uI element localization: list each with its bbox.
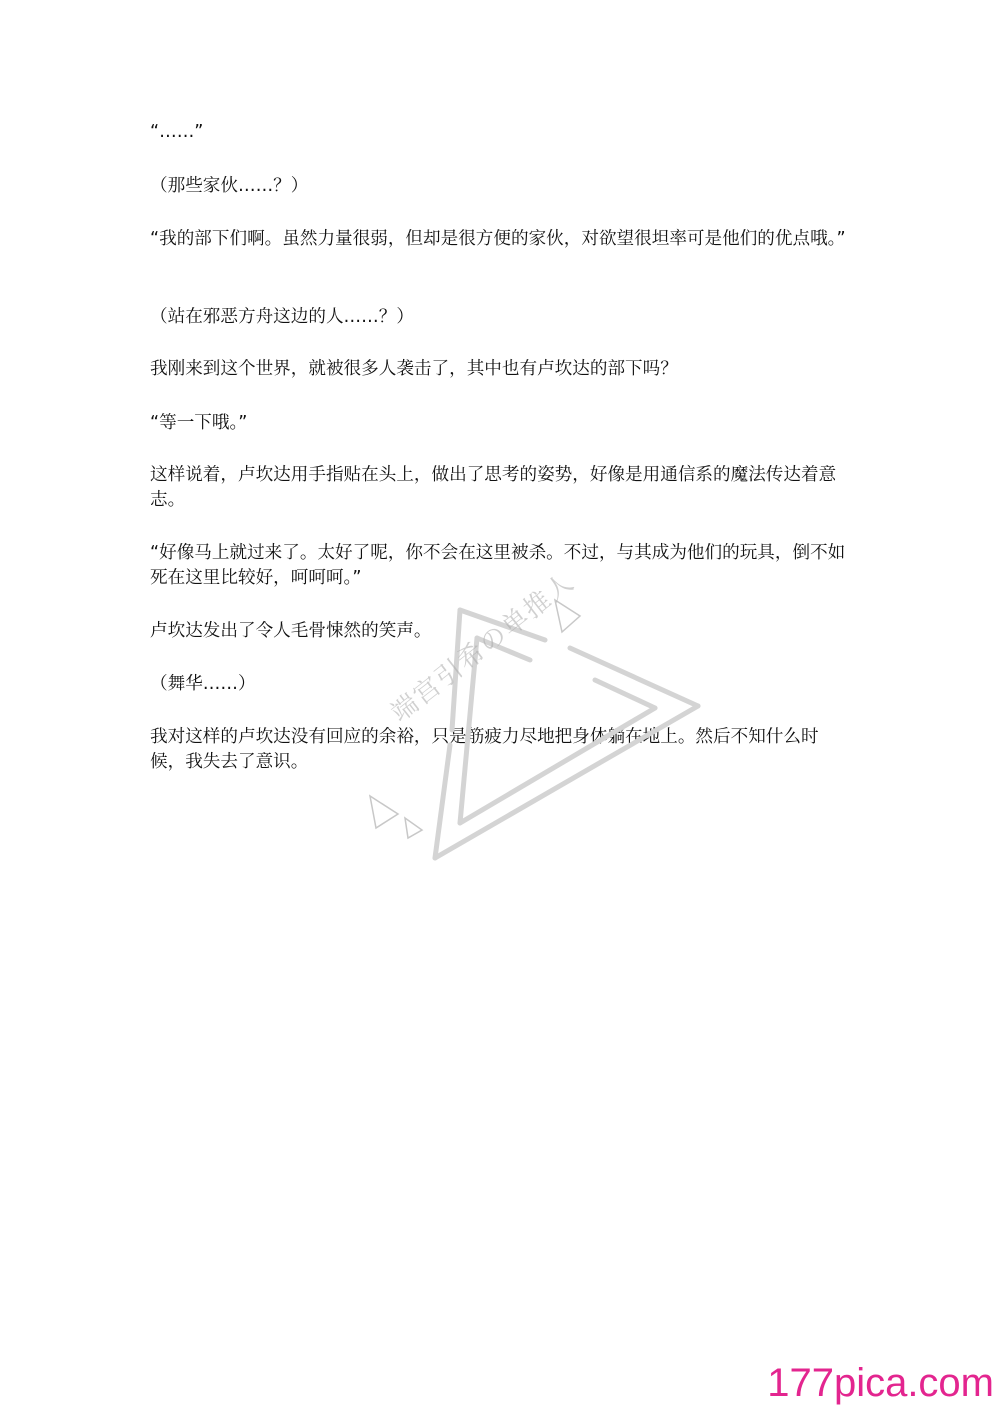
paragraph: 我刚来到这个世界，就被很多人袭击了，其中也有卢坎达的部下吗？	[150, 357, 852, 382]
paragraph: 我对这样的卢坎达没有回应的余裕，只是筋疲力尽地把身体躺在地上。然后不知什么时候，…	[150, 725, 852, 775]
paragraph: （舞华……）	[150, 672, 852, 697]
paragraph: （站在邪恶方舟这边的人……？）	[150, 305, 852, 330]
paragraph: “我的部下们啊。虽然力量很弱，但却是很方便的家伙，对欲望很坦率可是他们的优点哦。…	[150, 227, 852, 252]
paragraph: “等一下哦。”	[150, 411, 852, 436]
site-logo: 177pica.com	[767, 1361, 994, 1406]
paragraph: （那些家伙……？）	[150, 174, 852, 199]
paragraph: “……”	[150, 120, 852, 145]
paragraph: 卢坎达发出了令人毛骨悚然的笑声。	[150, 619, 852, 644]
paragraph: “好像马上就过来了。太好了呢，你不会在这里被杀。不过，与其成为他们的玩具，倒不如…	[150, 541, 852, 591]
document-page: “……” （那些家伙……？） “我的部下们啊。虽然力量很弱，但却是很方便的家伙，…	[0, 0, 1000, 1414]
paragraph: 这样说着，卢坎达用手指贴在头上，做出了思考的姿势，好像是用通信系的魔法传达着意志…	[150, 463, 852, 513]
